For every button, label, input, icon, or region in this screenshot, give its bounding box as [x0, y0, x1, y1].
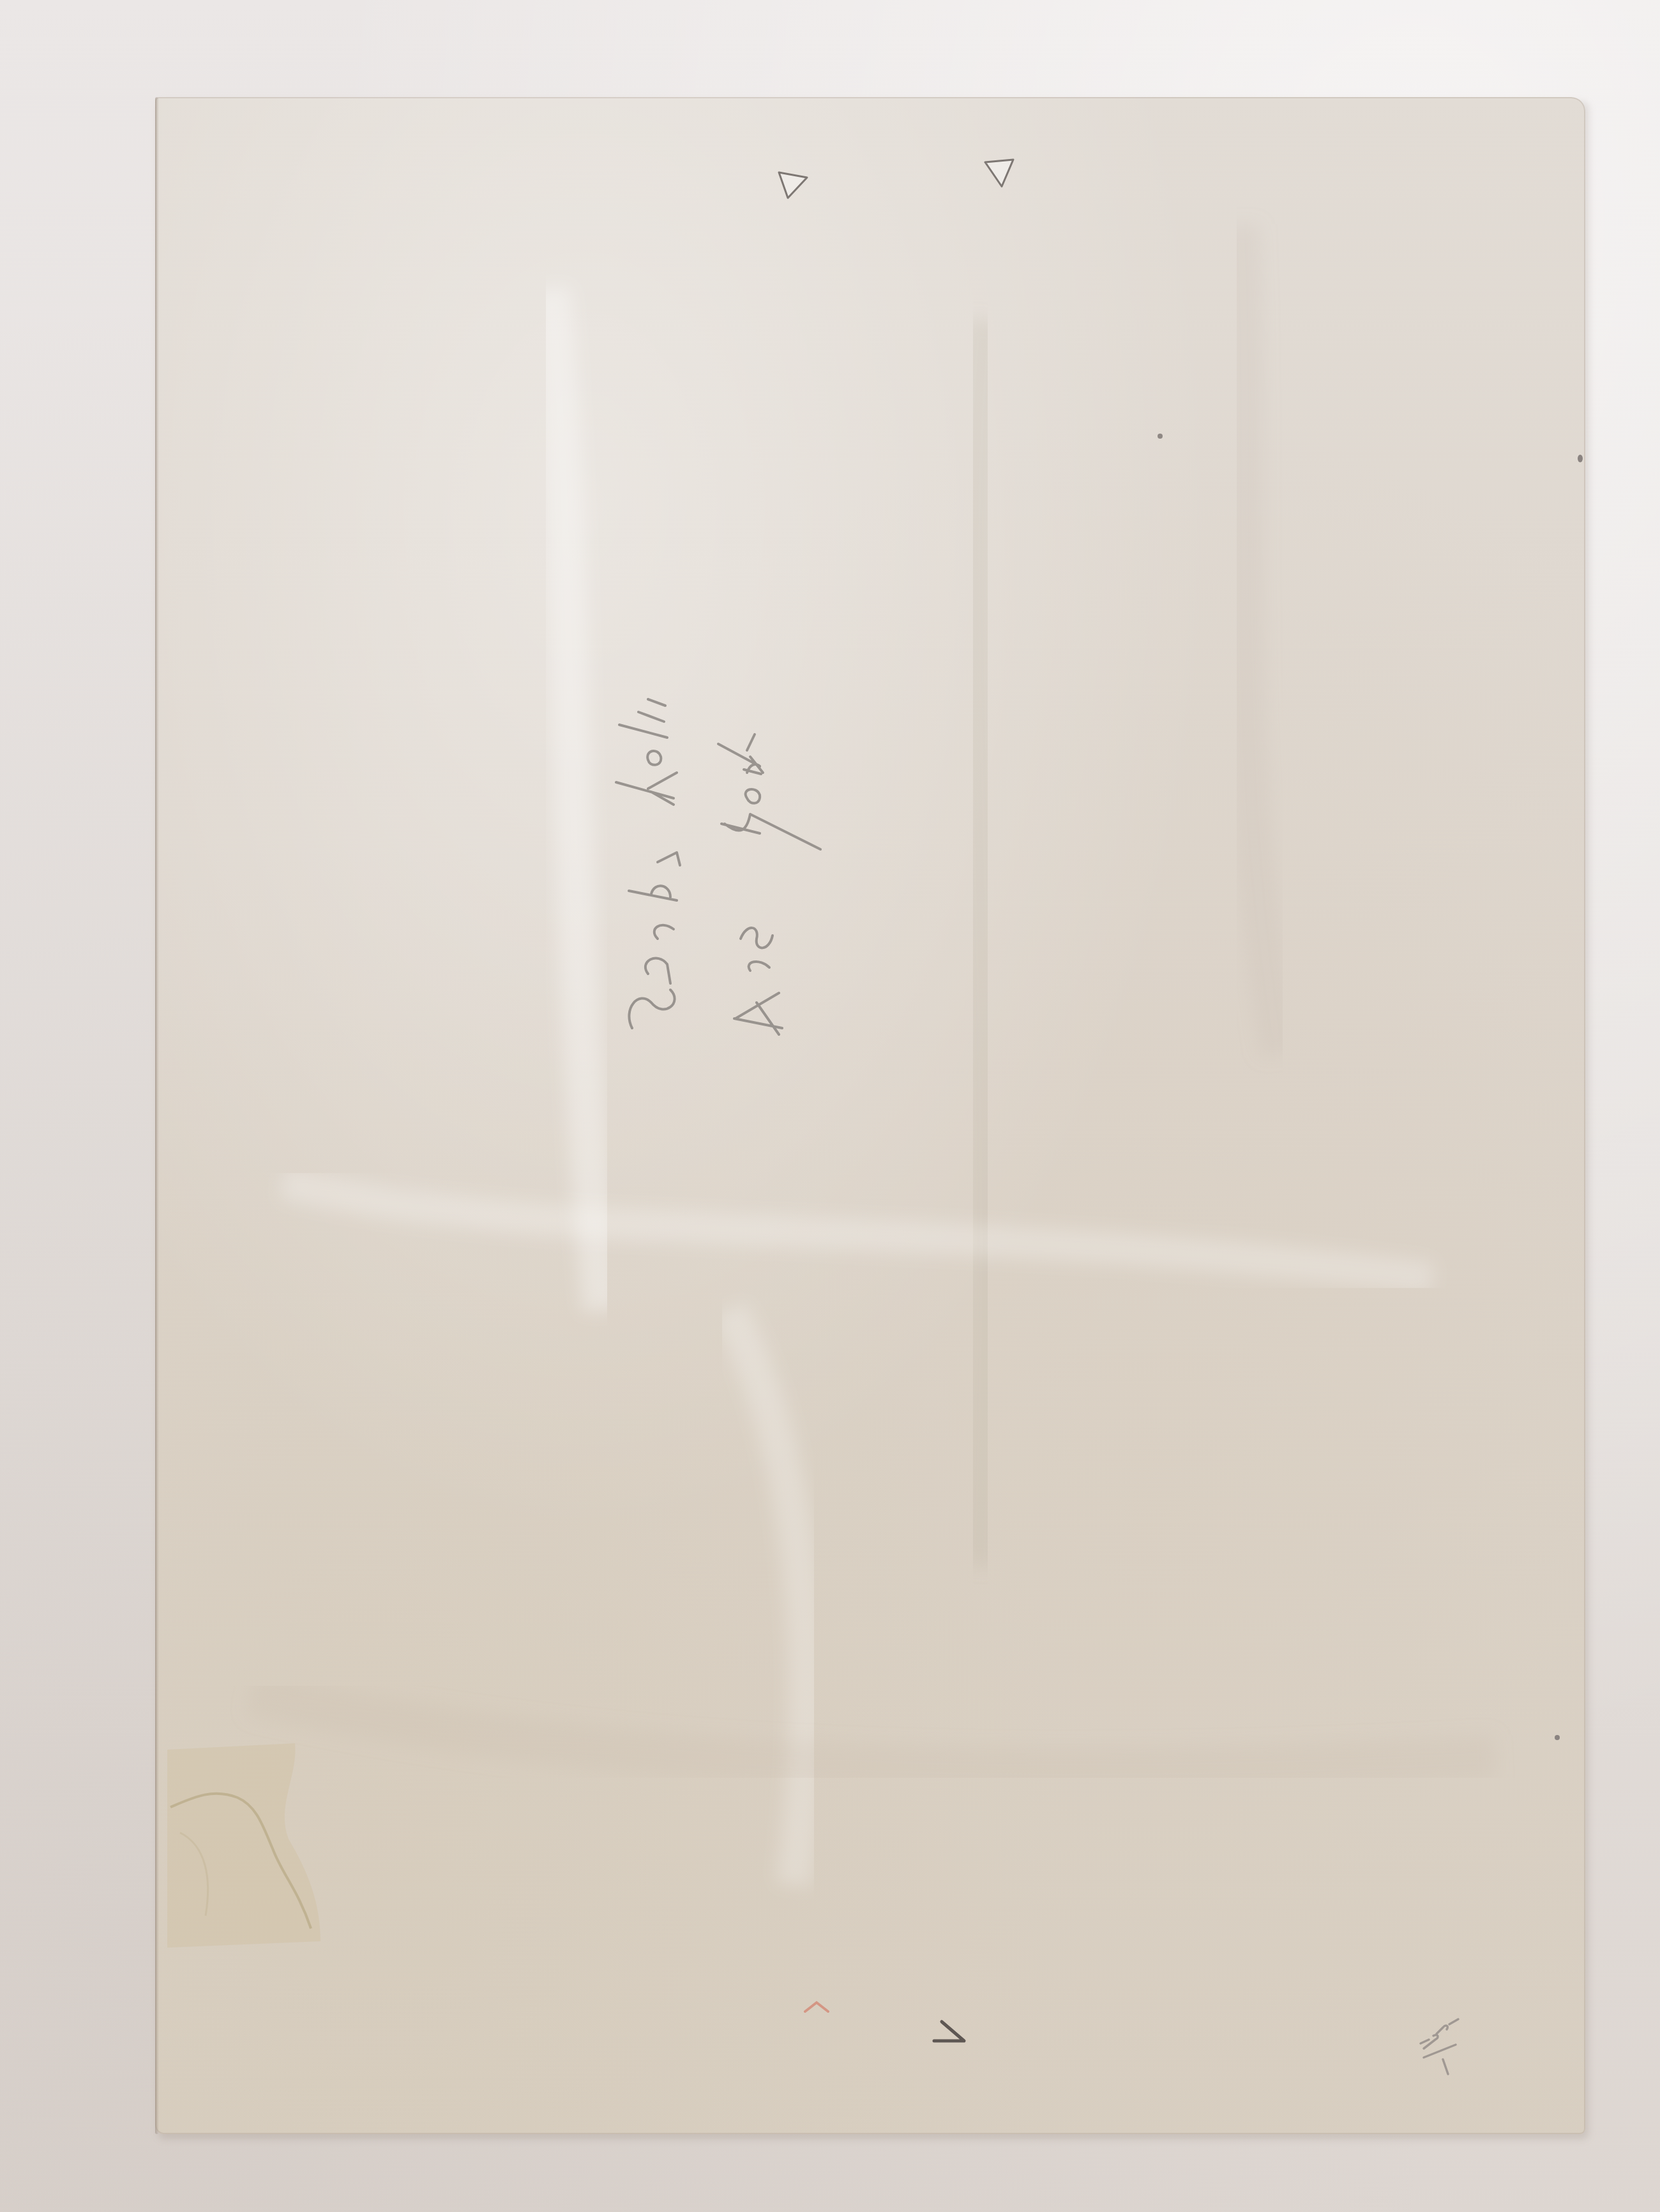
edge-nick [1576, 453, 1585, 464]
red-caret-mark-icon [801, 1997, 833, 2017]
pencil-inscription: Sacha Kolin New York [587, 670, 856, 1066]
edition-number-text: 1285 / 1 [1405, 2011, 1442, 2014]
paper-speck [1156, 432, 1165, 441]
paper-left-edge [155, 97, 159, 2134]
registration-triangle-left-icon [774, 165, 812, 203]
paper-sheet [155, 97, 1585, 2134]
tick-mark-icon [929, 2017, 974, 2049]
edition-number-mark: 1285 / 1 [1405, 2011, 1481, 2082]
registration-triangle-right-icon [980, 153, 1018, 192]
water-stain [167, 1737, 346, 1967]
edge-nick [1553, 1733, 1562, 1742]
inscription-line-2: New York [587, 670, 631, 673]
